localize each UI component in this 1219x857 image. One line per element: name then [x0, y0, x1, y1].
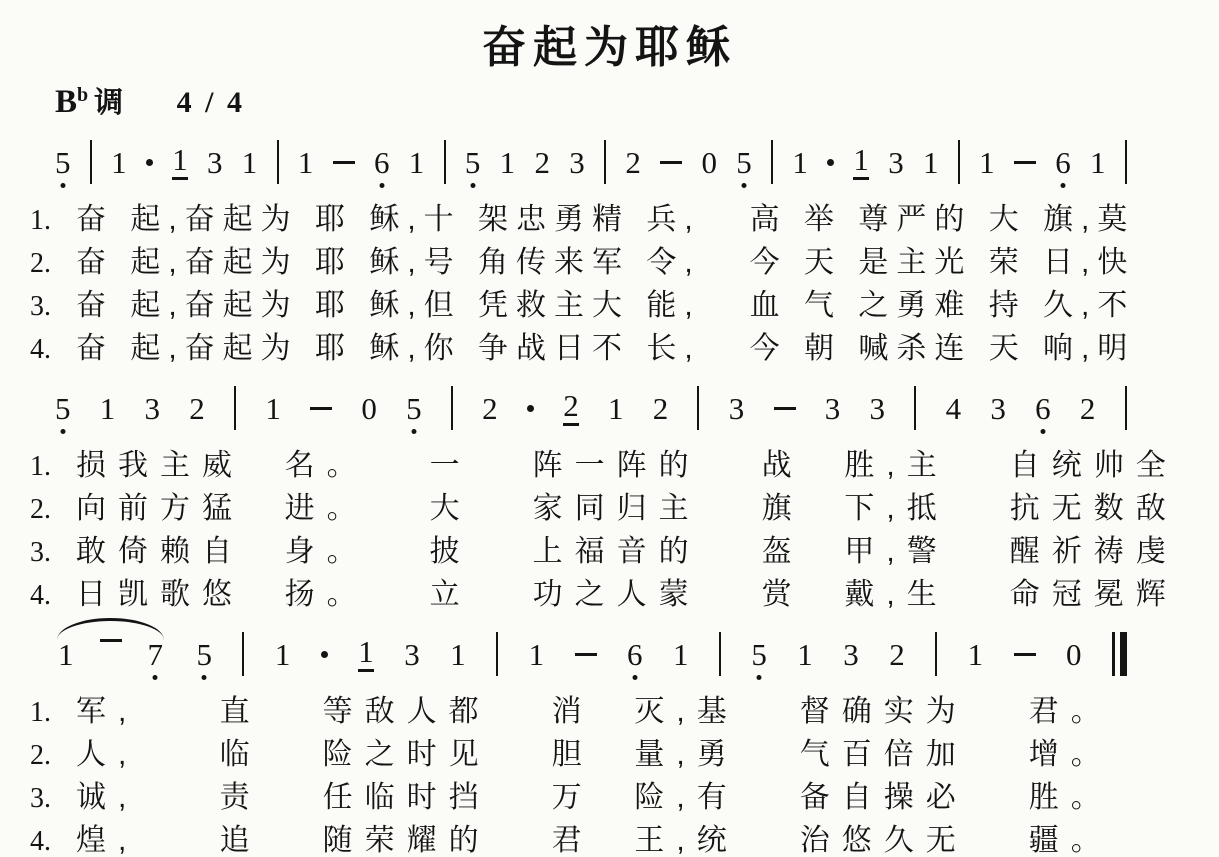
time-signature: 4 / 4 — [177, 86, 245, 119]
note: 0 — [701, 147, 717, 178]
barline — [771, 140, 773, 184]
verse-number: 4. — [30, 826, 76, 857]
note: 2 — [1080, 393, 1096, 424]
lyric-line: 2.奋 起,奋起为 耶 稣,号 角传来军 令, 今 天 是主光 荣 日,快 — [30, 237, 1219, 280]
barline — [914, 386, 916, 430]
note: 1 — [298, 147, 314, 178]
note: 1 — [979, 147, 995, 178]
note: 5 — [55, 393, 71, 424]
note: 1 — [172, 144, 188, 180]
music-line: 1751131161513210 — [55, 628, 1127, 680]
note: 0 — [361, 393, 377, 424]
note: 3 — [825, 393, 841, 424]
augmentation-dot — [321, 651, 328, 658]
verse-text: 奋 起,奋起为 耶 稣,但 凭救主大 能, 血 气 之勇难 持 久,不 — [76, 280, 1135, 324]
barline — [277, 140, 279, 184]
hymn-sheet: 奋起为耶稣 Bb调 4 / 4 51131161512320511311611.… — [0, 0, 1219, 857]
lyric-line: 3.诚, 责 任临时挡 万 险,有 备自操必 胜。 — [30, 772, 1219, 815]
music-line: 5113116151232051131161 — [55, 136, 1127, 188]
note: 3 — [888, 147, 904, 178]
verse-number: 4. — [30, 580, 76, 612]
system-1: 51131161512320511311611.奋 起,奋起为 耶 稣,十 架忠… — [0, 136, 1219, 366]
key-word: 调 — [94, 87, 123, 119]
flat-sign: b — [77, 84, 88, 106]
system-3: 17511311615132101.军, 直 等敌人都 消 灭,基 督确实为 君… — [0, 628, 1219, 857]
sustain-dash — [774, 407, 796, 410]
note: 2 — [482, 393, 498, 424]
note: 2 — [625, 147, 641, 178]
augmentation-dot — [527, 405, 534, 412]
note: 1 — [529, 639, 545, 670]
barline — [242, 632, 244, 676]
final-barline — [1112, 632, 1127, 676]
note: 5 — [465, 147, 481, 178]
note: 3 — [145, 393, 161, 424]
lyric-line: 1.军, 直 等敌人都 消 灭,基 督确实为 君。 — [30, 686, 1219, 729]
barline — [604, 140, 606, 184]
note: 6 — [627, 639, 643, 670]
note: 5 — [196, 639, 212, 670]
note: 7 — [148, 639, 164, 670]
barline — [451, 386, 453, 430]
barline — [444, 140, 446, 184]
note: 3 — [990, 393, 1006, 424]
note: 1 — [242, 147, 258, 178]
note: 4 — [946, 393, 962, 424]
note: 1 — [275, 639, 291, 670]
verse-text: 诚, 责 任临时挡 万 险,有 备自操必 胜。 — [76, 772, 1113, 816]
barline — [1125, 386, 1127, 430]
verse-number: 3. — [30, 783, 76, 815]
note: 5 — [751, 639, 767, 670]
sustain-dash — [333, 161, 355, 164]
verse-text: 煌, 追 随荣耀的 君 王,统 治悠久无 疆。 — [76, 815, 1113, 857]
verse-number: 4. — [30, 334, 76, 366]
barline — [697, 386, 699, 430]
note: 6 — [1035, 393, 1051, 424]
barline — [958, 140, 960, 184]
key-time-line: Bb调 4 / 4 — [55, 80, 1219, 120]
verse-text: 人, 临 险之时见 胆 量,勇 气百倍加 增。 — [76, 729, 1113, 773]
note: 2 — [189, 393, 205, 424]
system-2: 5132105221233343621.损我主威 名。 一 阵一阵的 战 胜,主… — [0, 382, 1219, 612]
sustain-dash — [310, 407, 332, 410]
verse-number: 2. — [30, 494, 76, 526]
verse-text: 奋 起,奋起为 耶 稣,号 角传来军 令, 今 天 是主光 荣 日,快 — [76, 237, 1135, 281]
augmentation-dot — [146, 159, 153, 166]
barline — [935, 632, 937, 676]
note: 1 — [923, 147, 939, 178]
barline — [719, 632, 721, 676]
sustain-dash — [1014, 161, 1036, 164]
verse-text: 军, 直 等敌人都 消 灭,基 督确实为 君。 — [76, 686, 1113, 730]
note: 6 — [374, 147, 390, 178]
barline — [90, 140, 92, 184]
sustain-dash — [660, 161, 682, 164]
verse-number: 3. — [30, 291, 76, 323]
score: 51131161512320511311611.奋 起,奋起为 耶 稣,十 架忠… — [0, 136, 1219, 857]
note: 3 — [207, 147, 223, 178]
barline — [496, 632, 498, 676]
barline — [234, 386, 236, 430]
verse-number: 2. — [30, 740, 76, 772]
verse-number: 1. — [30, 205, 76, 237]
lyric-line: 2.人, 临 险之时见 胆 量,勇 气百倍加 增。 — [30, 729, 1219, 772]
note: 1 — [673, 639, 689, 670]
note: 1 — [968, 639, 984, 670]
note: 1 — [409, 147, 425, 178]
verse-text: 向前方猛 进。 大 家同归主 旗 下,抵 抗无数敌 — [76, 483, 1178, 527]
note: 1 — [797, 639, 813, 670]
lyric-line: 4.奋 起,奋起为 耶 稣,你 争战日不 长, 今 朝 喊杀连 天 响,明 — [30, 323, 1219, 366]
verse-number: 1. — [30, 697, 76, 729]
note: 1 — [608, 393, 624, 424]
lyric-line: 3.敢倚赖自 身。 披 上福音的 盔 甲,警 醒祈祷虔 — [30, 526, 1219, 569]
lyric-line: 1.奋 起,奋起为 耶 稣,十 架忠勇精 兵, 高 举 尊严的 大 旗,莫 — [30, 194, 1219, 237]
verse-text: 损我主威 名。 一 阵一阵的 战 胜,主 自统帅全 — [76, 440, 1178, 484]
note: 1 — [100, 393, 116, 424]
note: 2 — [889, 639, 905, 670]
lyric-line: 4.日凯歌悠 扬。 立 功之人蒙 赏 戴,生 命冠冕辉 — [30, 569, 1219, 612]
lyric-line: 1.损我主威 名。 一 阵一阵的 战 胜,主 自统帅全 — [30, 440, 1219, 483]
sustain-dash — [575, 653, 597, 656]
note: 1 — [265, 393, 281, 424]
note: 5 — [736, 147, 752, 178]
lyric-line: 2.向前方猛 进。 大 家同归主 旗 下,抵 抗无数敌 — [30, 483, 1219, 526]
verse-text: 奋 起,奋起为 耶 稣,十 架忠勇精 兵, 高 举 尊严的 大 旗,莫 — [76, 194, 1135, 238]
note: 5 — [55, 147, 71, 178]
barline — [1125, 140, 1127, 184]
note: 2 — [653, 393, 669, 424]
lyric-line: 4.煌, 追 随荣耀的 君 王,统 治悠久无 疆。 — [30, 815, 1219, 857]
music-line: 513210522123334362 — [55, 382, 1127, 434]
note: 1 — [58, 639, 74, 670]
verse-text: 日凯歌悠 扬。 立 功之人蒙 赏 戴,生 命冠冕辉 — [76, 569, 1178, 613]
lyric-line: 3.奋 起,奋起为 耶 稣,但 凭救主大 能, 血 气 之勇难 持 久,不 — [30, 280, 1219, 323]
verse-number: 2. — [30, 248, 76, 280]
note: 3 — [729, 393, 745, 424]
key-letter: B — [55, 84, 77, 120]
note: 3 — [569, 147, 585, 178]
note: 6 — [1055, 147, 1071, 178]
note: 1 — [500, 147, 516, 178]
verse-number: 1. — [30, 451, 76, 483]
note: 0 — [1066, 639, 1082, 670]
sustain-dash — [100, 639, 122, 642]
note: 1 — [792, 147, 808, 178]
page-title: 奋起为耶稣 — [0, 24, 1219, 72]
verse-text: 敢倚赖自 身。 披 上福音的 盔 甲,警 醒祈祷虔 — [76, 526, 1178, 570]
note: 3 — [843, 639, 859, 670]
augmentation-dot — [827, 159, 834, 166]
verse-number: 3. — [30, 537, 76, 569]
note: 2 — [563, 390, 579, 426]
note: 2 — [534, 147, 550, 178]
note: 3 — [404, 639, 420, 670]
note: 5 — [406, 393, 422, 424]
note: 1 — [358, 636, 374, 672]
note: 1 — [111, 147, 127, 178]
slur-group: 17 — [55, 639, 166, 670]
note: 1 — [1090, 147, 1106, 178]
note: 3 — [870, 393, 886, 424]
note: 1 — [853, 144, 869, 180]
sustain-dash — [1014, 653, 1036, 656]
verse-text: 奋 起,奋起为 耶 稣,你 争战日不 长, 今 朝 喊杀连 天 响,明 — [76, 323, 1135, 367]
note: 1 — [450, 639, 466, 670]
